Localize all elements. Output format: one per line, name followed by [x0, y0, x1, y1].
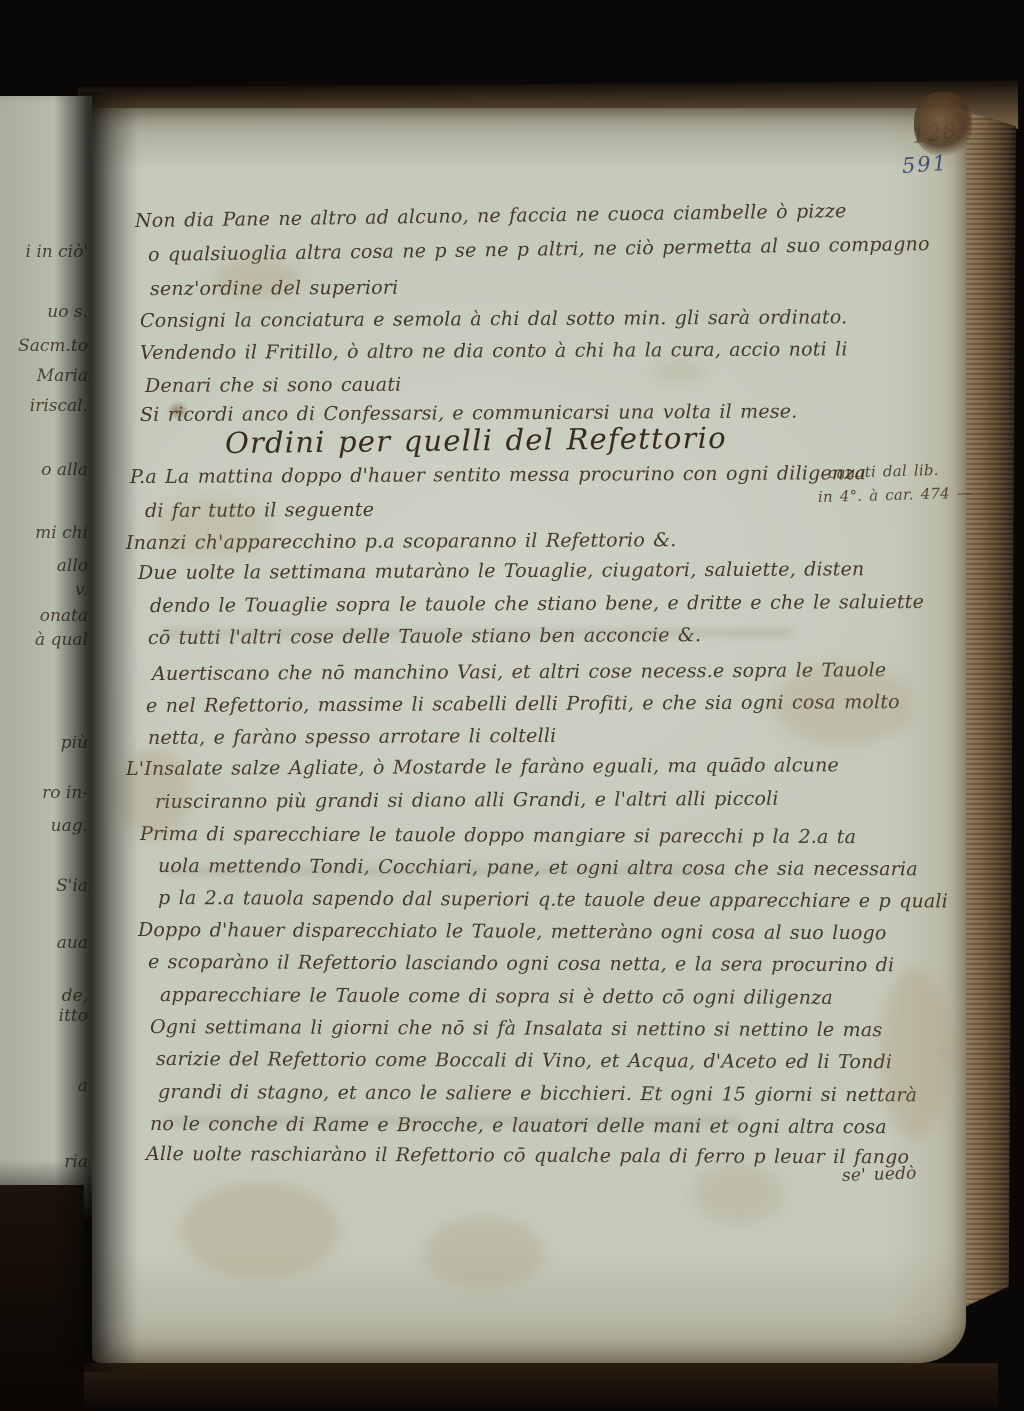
manuscript-line: L'Insalate salze Agliate, ò Mostarde le … [126, 754, 839, 780]
bleed-fragment: de, [62, 986, 88, 1006]
bleed-fragment: aua [57, 933, 88, 953]
bleed-fragment: i in ciò' [26, 242, 89, 262]
manuscript-line: Auertiscano che nō manchino Vasi, et alt… [152, 659, 886, 685]
manuscript-line: Prima di sparecchiare le tauole doppo ma… [140, 823, 856, 848]
manuscript-line: senz'ordine del superiori [150, 277, 399, 300]
bleed-fragment: S'ia [56, 876, 88, 896]
manuscript-line: Inanzi ch'apparecchino p.a scoparanno il… [126, 529, 677, 554]
manuscript-line: cō tutti l'altri cose delle Tauole stian… [148, 624, 701, 649]
bleed-fragment: o alla [41, 460, 88, 480]
bleed-fragment: ro in- [42, 783, 88, 803]
bleed-fragment: mi chi [35, 523, 88, 543]
bleed-fragment: uo s. [47, 302, 88, 322]
manuscript-line: riusciranno più grandi si diano alli Gra… [155, 788, 779, 813]
manuscript-line: p la 2.a tauola sapendo dal superiori q.… [158, 887, 948, 912]
manuscript-line: grandi di stagno, et anco le saliere e b… [158, 1081, 917, 1106]
bleed-fragment: a [78, 1076, 88, 1096]
stain [180, 1183, 340, 1278]
section-title: Ordini per quelli del Refettorio [225, 421, 727, 460]
manuscript-line: Vendendo il Fritillo, ò altro ne dia con… [140, 338, 848, 364]
manuscript-line: netta, e faràno spesso arrotare li colte… [148, 725, 557, 749]
manuscript-line: Alle uolte raschiaràno il Refettorio cō … [146, 1143, 909, 1168]
manuscript-line: Doppo d'hauer disparecchiato le Tauole, … [138, 919, 887, 944]
manuscript-line: Denari che si sono cauati [145, 374, 402, 397]
manuscript-line: dendo le Touaglie sopra le tauole che st… [150, 591, 924, 617]
bleed-fragment: più [61, 733, 88, 753]
torn-paper-spot [914, 92, 972, 156]
bleed-fragment: iriscal. [30, 396, 88, 416]
manuscript-line: Non dia Pane ne altro ad alcuno, ne facc… [135, 200, 847, 232]
manuscript-line: Ogni settimana li giorni che nō si fà In… [150, 1016, 882, 1041]
bleed-fragment: Maria [37, 366, 88, 386]
bleed-fragment: itto [59, 1006, 88, 1026]
manuscript-line: e scoparàno il Refettorio lasciando ogni… [148, 951, 894, 976]
stain [652, 358, 706, 384]
manuscript-line: no le conche di Rame e Brocche, e lauato… [150, 1113, 887, 1138]
margin-note-line: in 4°. à car. 474 — [818, 484, 973, 506]
manuscript-line: Consigni la conciatura e semola à chi da… [140, 306, 847, 332]
stain [692, 1163, 784, 1225]
manuscript-line: uola mettendo Tondi, Cocchiari, pane, et… [158, 855, 918, 880]
bleed-fragment: onata [40, 606, 88, 626]
bleed-fragment: v. [75, 580, 88, 600]
manuscript-line: o qualsiuoglia altra cosa ne p se ne p a… [148, 233, 930, 266]
manuscript-line: Due uolte la settimana mutaràno le Touag… [138, 558, 865, 584]
catchword: se' uedò [842, 1163, 917, 1186]
bleed-fragment: ria [64, 1152, 88, 1172]
manuscript-line: di far tutto il seguente [145, 499, 374, 522]
manuscript-line: apparecchiare le Tauole come di sopra si… [160, 984, 833, 1009]
book-bottom-edge [70, 1363, 998, 1407]
bleed-fragment: allo [57, 556, 88, 576]
manuscript-line: P.a La mattina doppo d'hauer sentito mes… [130, 462, 866, 488]
manuscript-line: e nel Refettorio, massime li scabelli de… [146, 691, 900, 717]
book-cover-edge [0, 1185, 84, 1411]
stain [422, 1216, 546, 1288]
bleed-fragment: à qual [35, 630, 88, 650]
facing-page-sliver: i in ciò' uo s. Sacm.to Maria iriscal. o… [0, 96, 92, 1218]
manuscript-line: sarizie del Refettorio come Boccali di V… [156, 1048, 892, 1073]
bleed-fragment: Sacm.to [18, 336, 88, 356]
bleed-fragment: uag. [51, 816, 88, 836]
manuscript-page: 128 591 Non dia Pane ne altro ad alcuno,… [92, 108, 966, 1363]
manuscript-photo-scan: i in ciò' uo s. Sacm.to Maria iriscal. o… [0, 0, 1024, 1411]
